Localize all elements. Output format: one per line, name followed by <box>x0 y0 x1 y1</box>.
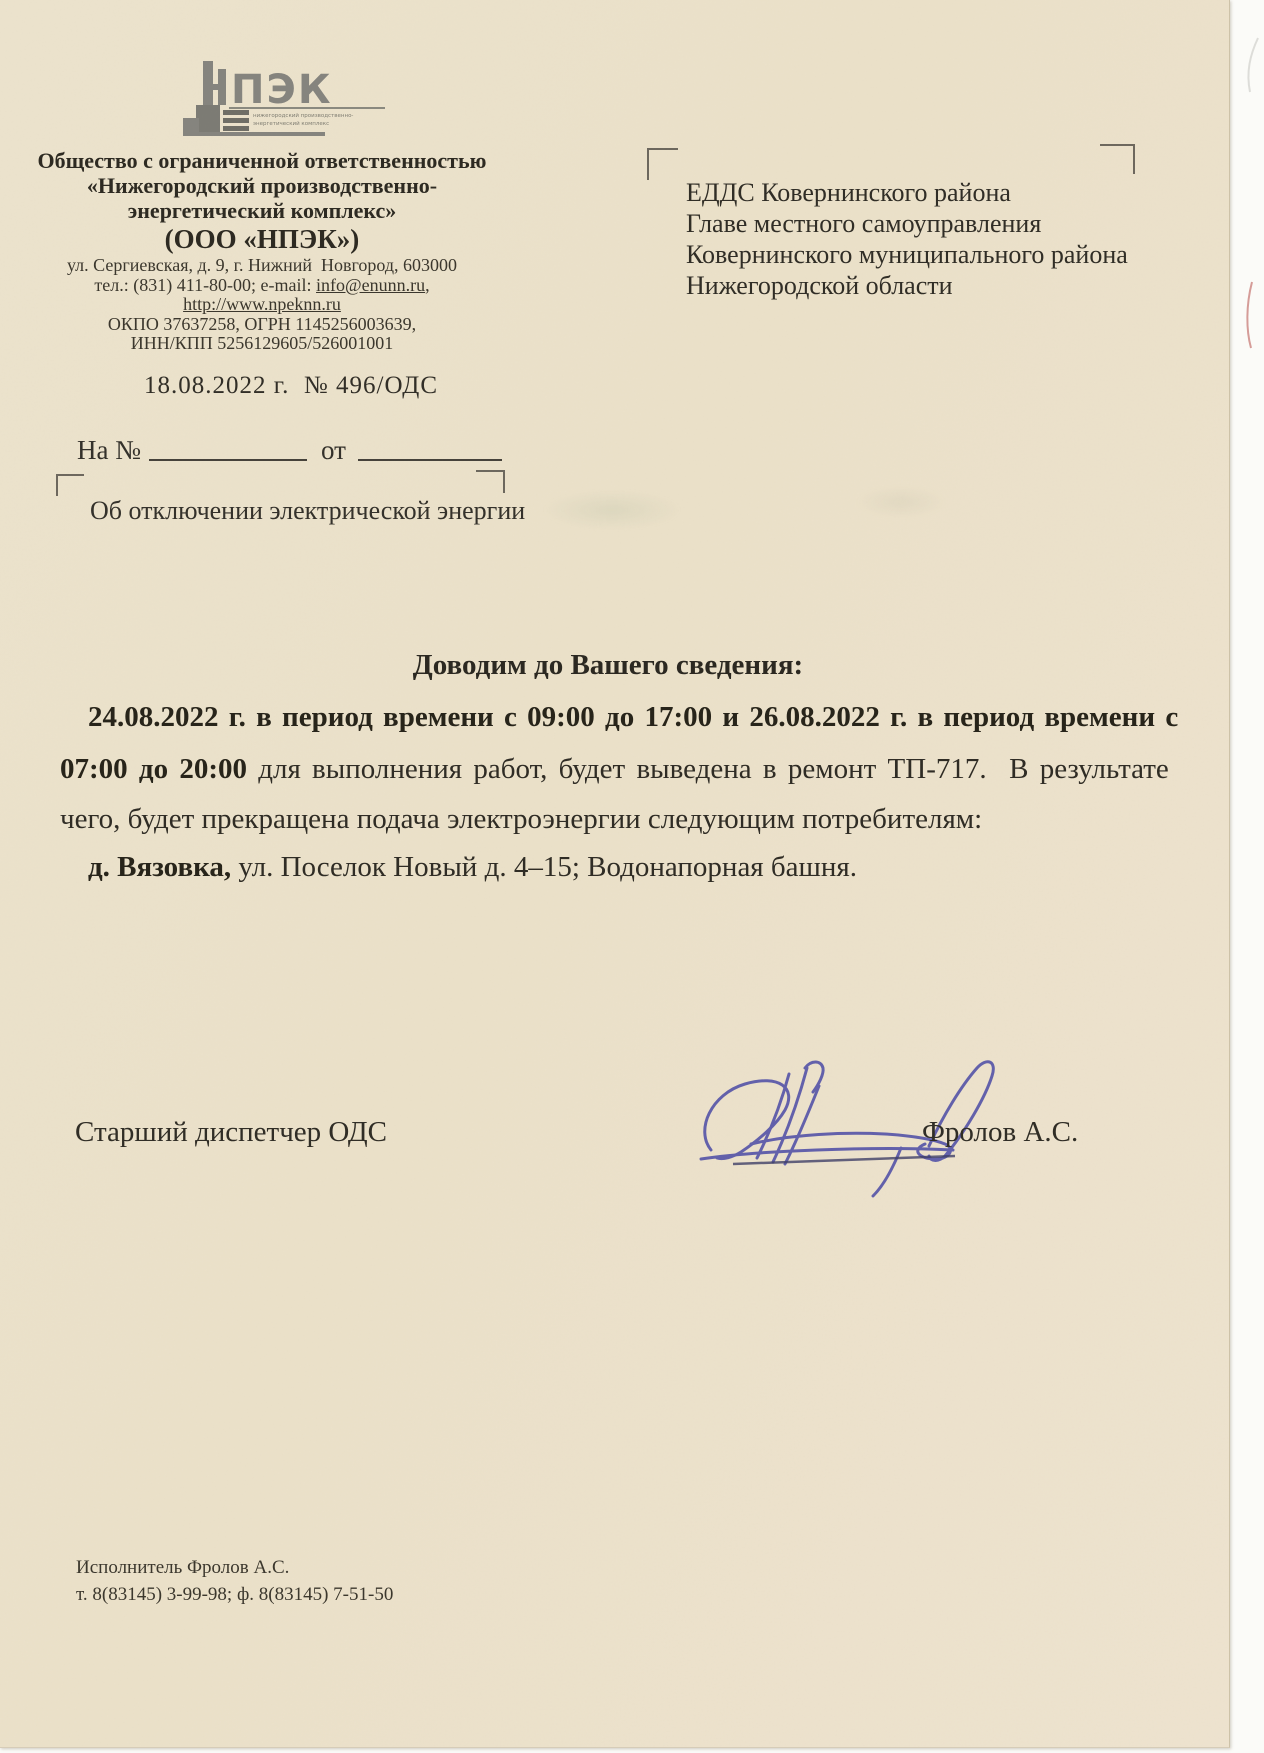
letter-paper: ПЭК нижегородский производственно- энерг… <box>0 0 1230 1748</box>
reference-na-label: На № <box>77 435 141 465</box>
date-and-number-line: 18.08.2022 г. № 496/ОДС <box>144 372 438 400</box>
company-phone: тел.: (831) 411-80-00; e-mail: <box>94 275 316 295</box>
recipient-line: Нижегородской области <box>686 270 1128 301</box>
company-name-line2: «Нижегородский производственно- <box>34 173 490 198</box>
subject-zone-corner-mark-right <box>476 470 505 493</box>
executor-contacts-line: т. 8(83145) 3-99-98; ф. 8(83145) 7-51-50 <box>76 1584 393 1606</box>
reference-line: На №от <box>77 433 502 466</box>
ink-bleedthrough-smudge <box>542 490 682 530</box>
body-line-4: д. Вязовка, ул. Поселок Новый д. 4–15; В… <box>88 851 857 884</box>
subject-zone-corner-mark-left <box>56 474 84 496</box>
company-email: info@enunn.ru <box>316 275 425 295</box>
red-pen-mark <box>1247 282 1252 348</box>
logo-tagline-line1: нижегородский производственно- <box>253 112 353 119</box>
body-line-2: 07:00 до 20:00 для выполнения работ, буд… <box>60 753 1169 786</box>
address-zone-corner-mark-left <box>647 148 678 180</box>
body-line-4-bold: д. Вязовка, <box>88 851 231 883</box>
recipient-block: ЕДДС Ковернинского района Главе местного… <box>686 177 1128 301</box>
company-name-line1: Общество с ограниченной ответственностью <box>34 148 490 173</box>
address-zone-corner-mark-right <box>1100 144 1135 174</box>
scan-gray-mark <box>1248 38 1258 92</box>
recipient-line: ЕДДС Ковернинского района <box>686 177 1128 208</box>
body-line-2-bold: 07:00 до 20:00 <box>60 753 247 785</box>
body-line-3: чего, будет прекращена подача электроэне… <box>60 803 982 836</box>
body-line-4-rest: ул. Поселок Новый д. 4–15; Водонапорная … <box>231 851 857 883</box>
company-website: http://www.npeknn.ru <box>34 295 490 315</box>
reference-number-blank-line <box>149 435 307 461</box>
reference-ot-label: от <box>321 435 346 465</box>
company-email-comma: , <box>425 275 430 295</box>
reference-date-blank-line <box>358 435 502 461</box>
signer-position: Старший диспетчер ОДС <box>75 1116 387 1149</box>
salutation-line: Доводим до Вашего сведения: <box>0 649 1216 682</box>
company-address: ул. Сергиевская, д. 9, г. Нижний Новгоро… <box>34 256 490 276</box>
npek-factory-logo-icon: ПЭК нижегородский производственно- энерг… <box>183 58 393 148</box>
company-okpo-ogrn: ОКПО 37637258, ОГРН 1145256003639, <box>34 315 490 335</box>
company-phone-email-line: тел.: (831) 411-80-00; e-mail: info@enun… <box>34 276 490 296</box>
company-inn-kpp: ИНН/КПП 5256129605/526001001 <box>34 334 490 354</box>
body-line-2-rest: для выполнения работ, будет выведена в р… <box>247 753 1169 785</box>
ink-bleedthrough-smudge <box>856 486 946 518</box>
logo-tagline-line2: энергетический комплекс <box>253 120 329 127</box>
recipient-line: Главе местного самоуправления <box>686 208 1128 239</box>
body-line-1: 24.08.2022 г. в период времени с 09:00 д… <box>88 701 1178 734</box>
executor-line: Исполнитель Фролов А.С. <box>76 1557 289 1579</box>
company-short-name: (ООО «НПЭК») <box>34 223 490 256</box>
company-name-line3: энергетический комплекс» <box>34 198 490 223</box>
signer-name: Фролов А.С. <box>922 1116 1078 1149</box>
recipient-line: Ковернинского муниципального района <box>686 239 1128 270</box>
company-info-block: Общество с ограниченной ответственностью… <box>34 148 490 354</box>
logo-letters: ПЭК <box>231 67 333 113</box>
scan-edge-strip <box>1229 0 1264 1747</box>
scanned-letter-page: ПЭК нижегородский производственно- энерг… <box>0 0 1264 1753</box>
subject-line: Об отключении электрической энергии <box>90 496 525 526</box>
